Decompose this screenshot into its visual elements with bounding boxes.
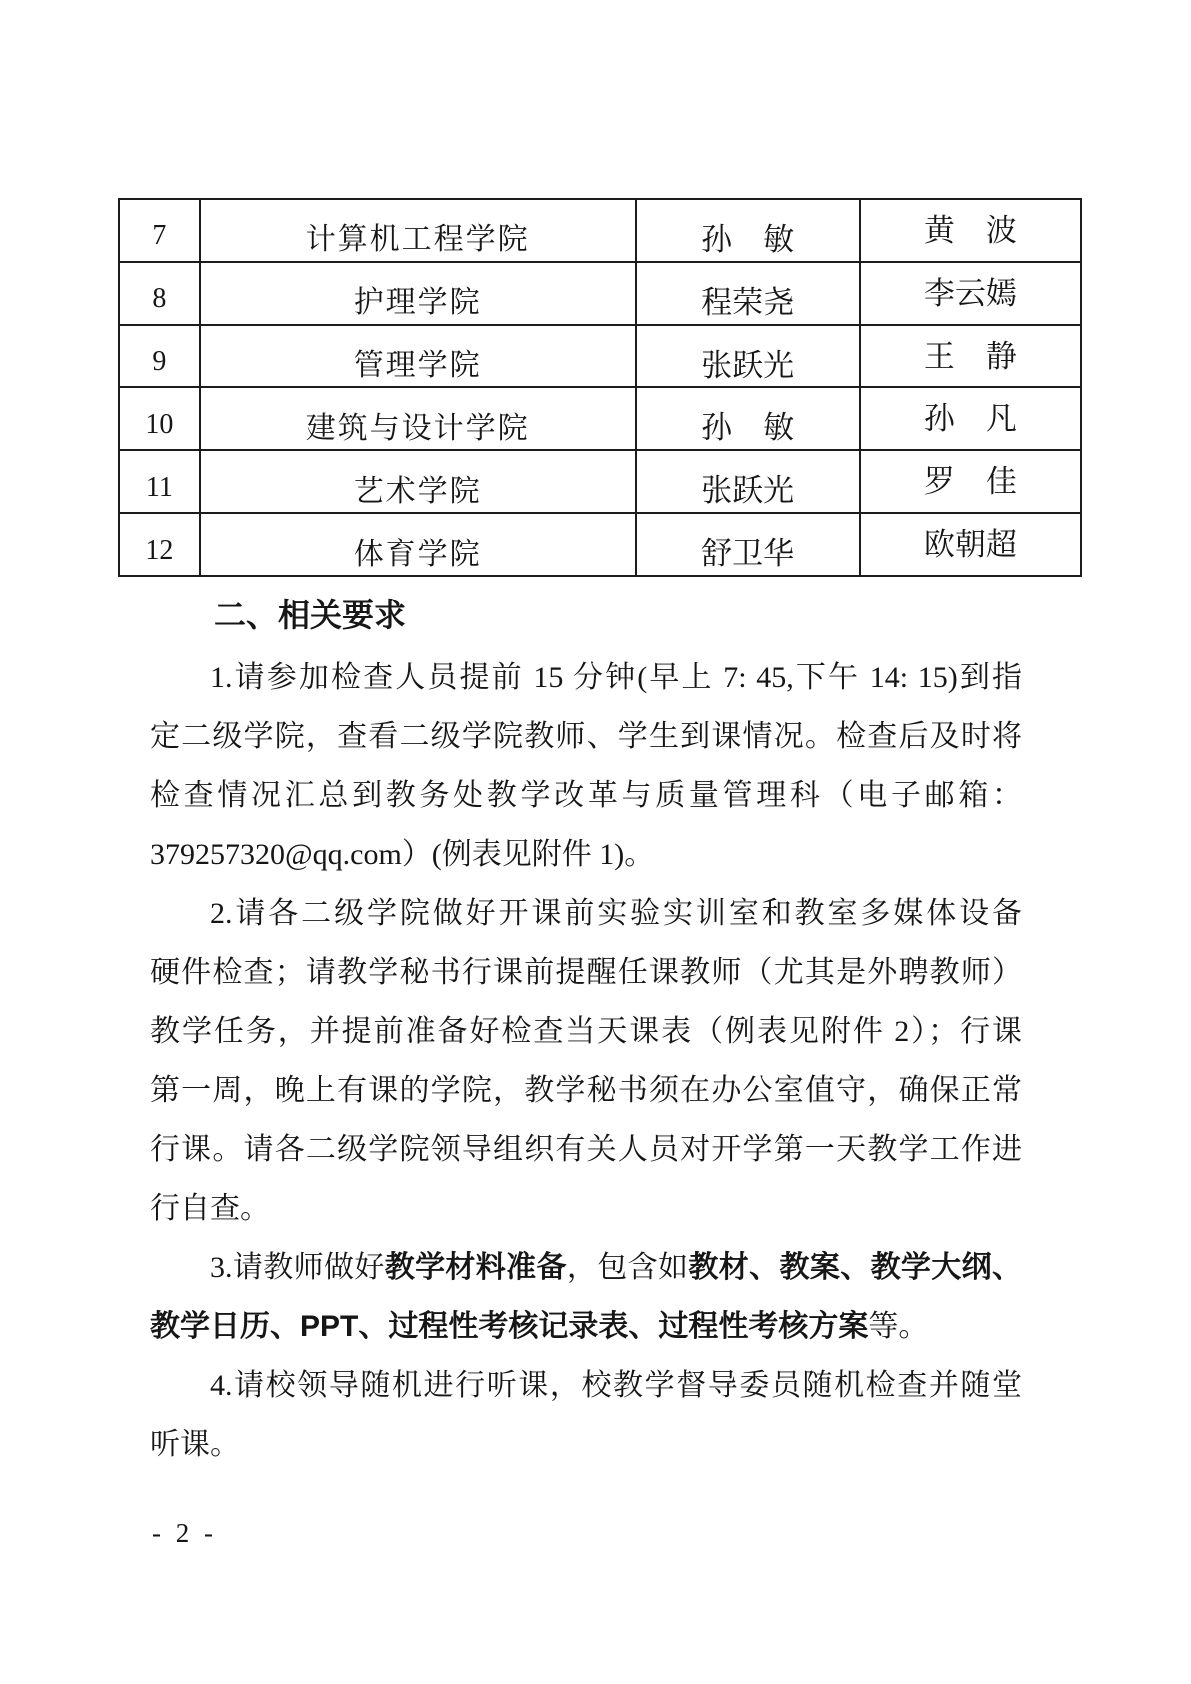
text-line: 听课。 [150,1415,1022,1474]
row-number: 7 [152,220,166,252]
row-number: 8 [152,283,166,315]
row-number-cell: 11 [119,450,200,513]
row-number-cell: 8 [119,262,200,325]
inspector-cell: 李云嫣 [860,262,1081,325]
paragraph-3: 3.请教师做好教学材料准备，包含如教材、教案、教学大纲、 教学日历、PPT、过程… [150,1238,1022,1356]
table-row: 7 计算机工程学院 孙 敏 黄 波 [119,199,1081,262]
paragraph-1: 1.请参加检查人员提前 15 分钟(早上 7: 45,下午 14: 15)到指 … [150,648,1022,884]
inspector-cell: 黄 波 [860,199,1081,262]
table-row: 8 护理学院 程荣尧 李云嫣 [119,262,1081,325]
duty-leader-name: 孙 敏 [701,214,794,259]
document-page: 7 计算机工程学院 孙 敏 黄 波 8 护理学院 程荣尧 李云嫣 9 管理学院 … [0,0,1191,1684]
text-line: 定二级学院，查看二级学院教师、学生到课情况。检查后及时将 [150,707,1022,766]
college-cell: 体育学院 [200,513,636,576]
duty-leader-cell: 孙 敏 [636,199,860,262]
row-number: 9 [152,346,166,378]
college-cell: 建筑与设计学院 [200,387,636,450]
table-row: 10 建筑与设计学院 孙 敏 孙 凡 [119,387,1081,450]
section-heading: 二、相关要求 [150,582,1022,648]
inspector-cell: 王 静 [860,325,1081,388]
inspector-name: 孙 凡 [924,393,1017,438]
row-number-cell: 9 [119,325,200,388]
paragraph-2: 2.请各二级学院做好开课前实验实训室和教室多媒体设备 硬件检查；请教学秘书行课前… [150,884,1022,1238]
text-line: 教学任务，并提前准备好检查当天课表（例表见附件 2）；行课 [150,1002,1022,1061]
inspector-name: 罗 佳 [924,456,1017,501]
college-cell: 艺术学院 [200,450,636,513]
duty-leader-cell: 程荣尧 [636,262,860,325]
text-line: 2.请各二级学院做好开课前实验实训室和教室多媒体设备 [150,884,1022,943]
row-number: 11 [146,472,173,504]
college-cell: 护理学院 [200,262,636,325]
page-number: - 2 - [152,1508,217,1558]
duty-leader-cell: 舒卫华 [636,513,860,576]
duty-leader-name: 张跃光 [701,465,794,510]
text-line: 硬件检查；请教学秘书行课前提醒任课教师（尤其是外聘教师） [150,943,1022,1002]
text-line: 1.请参加检查人员提前 15 分钟(早上 7: 45,下午 14: 15)到指 [150,648,1022,707]
row-number: 12 [145,535,173,567]
text-line: 行课。请各二级学院领导组织有关人员对开学第一天教学工作进 [150,1120,1022,1179]
college-name: 艺术学院 [354,466,482,510]
duty-leader-name: 程荣尧 [701,277,794,322]
duty-leader-cell: 张跃光 [636,325,860,388]
table-row: 9 管理学院 张跃光 王 静 [119,325,1081,388]
duty-leader-cell: 张跃光 [636,450,860,513]
duty-leader-cell: 孙 敏 [636,387,860,450]
table-row: 12 体育学院 舒卫华 欧朝超 [119,513,1081,576]
text-line: 行自查。 [150,1179,1022,1238]
text-line: 检查情况汇总到教务处教学改革与质量管理科（电子邮箱： [150,766,1022,825]
text-line: 4.请校领导随机进行听课，校教学督导委员随机检查并随堂 [150,1356,1022,1415]
row-number-cell: 7 [119,199,200,262]
college-name: 护理学院 [354,277,482,321]
inspector-name: 李云嫣 [924,268,1017,313]
row-number-cell: 10 [119,387,200,450]
inspector-name: 欧朝超 [924,519,1017,564]
inspection-roster-table: 7 计算机工程学院 孙 敏 黄 波 8 护理学院 程荣尧 李云嫣 9 管理学院 … [118,198,1082,577]
duty-leader-name: 张跃光 [701,340,794,385]
text-line: 第一周，晚上有课的学院，教学秘书须在办公室值守，确保正常 [150,1061,1022,1120]
college-cell: 计算机工程学院 [200,199,636,262]
college-name: 体育学院 [354,529,482,573]
inspector-cell: 孙 凡 [860,387,1081,450]
row-number-cell: 12 [119,513,200,576]
body-text: 二、相关要求 1.请参加检查人员提前 15 分钟(早上 7: 45,下午 14:… [150,582,1022,1474]
text-line: 教学日历、PPT、过程性考核记录表、过程性考核方案等。 [150,1297,1022,1356]
text-line: 3.请教师做好教学材料准备，包含如教材、教案、教学大纲、 [150,1238,1022,1297]
inspector-cell: 罗 佳 [860,450,1081,513]
college-name: 管理学院 [354,340,482,384]
college-cell: 管理学院 [200,325,636,388]
inspector-name: 王 静 [924,331,1017,376]
paragraph-4: 4.请校领导随机进行听课，校教学督导委员随机检查并随堂 听课。 [150,1356,1022,1474]
text-line: 379257320@qq.com）(例表见附件 1)。 [150,825,1022,884]
inspector-name: 黄 波 [924,205,1017,250]
duty-leader-name: 孙 敏 [701,402,794,447]
duty-leader-name: 舒卫华 [701,528,794,573]
inspector-cell: 欧朝超 [860,513,1081,576]
table-row: 11 艺术学院 张跃光 罗 佳 [119,450,1081,513]
row-number: 10 [145,409,173,441]
college-name: 计算机工程学院 [306,214,530,258]
college-name: 建筑与设计学院 [306,403,530,447]
